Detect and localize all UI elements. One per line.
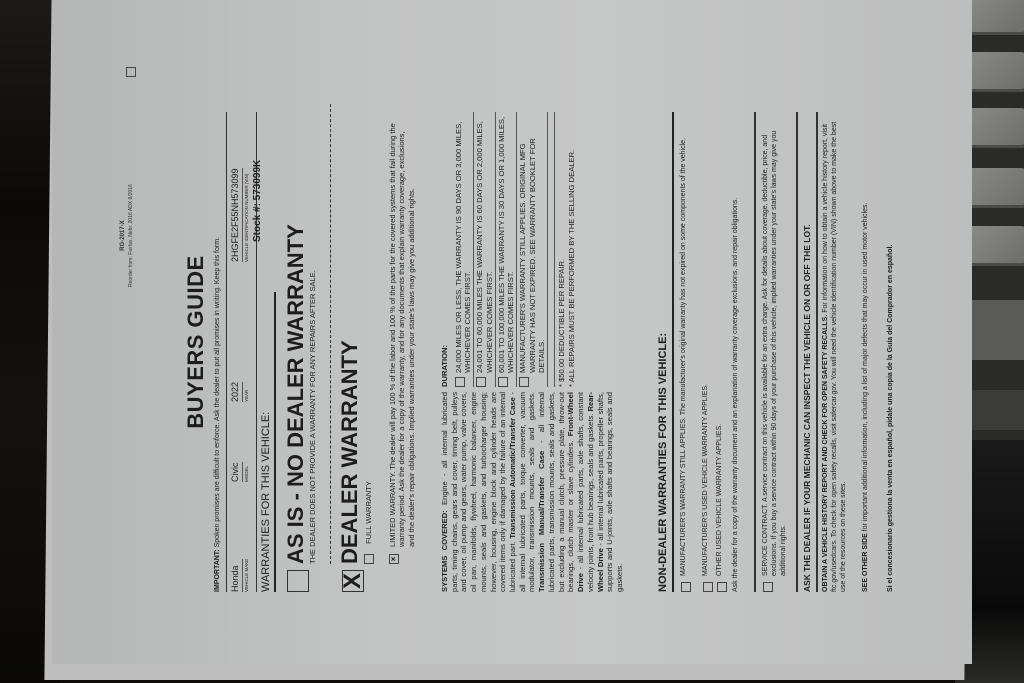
as-is-subtitle: THE DEALER DOES NOT PROVIDE A WARRANTY F… [308,270,317,564]
printer-note: Reorder from: Fairfax, Nebr. 2016 ADX 8/… [128,184,134,287]
dashed-divider [330,104,331,564]
duration-label: DURATION: [440,112,450,387]
buyers-guide-page: RG-2017-X Reorder from: Fairfax, Nebr. 2… [102,62,962,622]
systems-covered-label: SYSTEMS COVERED: [440,510,449,592]
non-dealer-option[interactable]: MANUFACTURER'S USED VEHICLE WARRANTY APP… [702,112,713,592]
stock-number: Stock #: 573099K [252,160,265,242]
warranties-heading: WARRANTIES FOR THIS VEHICLE: [260,412,274,592]
service-contract-option[interactable]: SERVICE CONTRACT. A service contract on … [762,112,788,592]
vehicle-vin: 2HGFE2F55NH573099 VEHICLE IDENTIFICATION… [230,168,250,262]
important-notice: IMPORTANT: Spoken promises are difficult… [214,112,227,592]
keyboard-key [967,108,1024,148]
divider [274,292,276,592]
dealer-warranty-title: DEALER WARRANTY [336,340,364,564]
stock-label: Stock #: [252,203,263,242]
dealer-warranty-checkbox[interactable]: X [342,570,364,592]
repairs-note: * ALL REPAIRS MUST BE PERFORMED BY THE S… [567,112,577,387]
see-text: for important additional information, in… [862,203,869,532]
keyboard-key [967,226,1024,266]
vehicle-model-value: Civic [230,463,240,483]
keyboard-key [967,168,1024,208]
vehicle-year-value: 2022 [230,382,240,402]
ask-copy-text: Ask the dealer for a copy of the warrant… [732,112,741,592]
non-dealer-text: MANUFACTURER'S USED VEHICLE WARRANTY APP… [702,384,713,576]
non-dealer-text: OTHER USED VEHICLE WARRANTY APPLIES. [716,424,727,576]
duration-checkbox[interactable] [476,377,486,387]
keyboard-key [967,52,1024,92]
limited-warranty-option[interactable]: × [389,546,399,564]
limited-warranty-text: LIMITED WARRANTY. The dealer will pay 10… [388,117,416,547]
spanish-notice: Si el concesionario gestiona la venta en… [887,112,896,592]
non-dealer-title: NON-DEALER WARRANTIES FOR THIS VEHICLE: [657,333,671,592]
deductible-note: * $50.00 DEDUCTIBLE PER REPAIR. [554,112,567,387]
keyboard-key [967,0,1024,35]
as-is-title: AS IS - NO DEALER WARRANTY [282,224,310,564]
non-dealer-option[interactable]: MANUFACTURER'S WARRANTY STILL APPLIES. T… [680,112,691,592]
duration-text: 60,001 TO 100,000 MILES THE WARRANTY IS … [497,112,516,373]
as-is-checkbox[interactable] [287,570,309,592]
vehicle-make: Honda VEHICLE MAKE [230,559,250,592]
duration-checkbox[interactable] [498,377,508,387]
systems-covered: SYSTEMS COVERED: Engine - all internal l… [440,392,625,592]
duration-text: 24,000 MILES OR LESS, THE WARRANTY IS 90… [454,112,473,373]
manual-prefix: Transmission [537,543,546,592]
manual-label: Manual/Transfer Case [537,451,546,535]
obtain-label: OBTAIN A VEHICLE HISTORY REPORT AND CHEC… [822,315,829,592]
non-dealer-option[interactable]: OTHER USED VEHICLE WARRANTY APPLIES. [716,112,727,592]
important-label: IMPORTANT: [214,549,221,592]
non-dealer-checkbox[interactable] [681,582,691,592]
x-mark-icon: X [339,573,366,589]
ask-copy: Ask the dealer for a copy of the warrant… [732,198,741,592]
duration-section: DURATION: 24,000 MILES OR LESS, THE WARR… [440,112,577,387]
vehicle-year-label: YEAR [242,382,250,402]
non-dealer-checkbox[interactable] [703,582,713,592]
buyers-guide-sheet: RG-2017-X Reorder from: Fairfax, Nebr. 2… [52,0,972,664]
auto-prefix: Transmission [508,490,517,539]
engine-coverage: Engine - all internal lubricated parts, … [440,392,517,592]
divider [672,112,674,592]
vehicle-make-value: Honda [230,565,240,592]
corner-checkbox [126,67,136,77]
non-dealer-checkbox[interactable] [717,582,727,592]
full-warranty-checkbox[interactable] [364,554,374,564]
non-dealer-text: MANUFACTURER'S WARRANTY STILL APPLIES. T… [680,138,691,576]
vehicle-model: Civic MODEL [230,463,250,483]
divider [816,112,818,592]
duration-text: MANUFACTURER'S WARRANTY STILL APPLIES. O… [518,112,547,373]
vehicle-vin-label: VEHICLE IDENTIFICATION NUMBER (VIN) [242,168,250,262]
service-contract-text: SERVICE CONTRACT. A service contract on … [762,112,788,576]
divider [754,112,756,592]
ask-mechanic: ASK THE DEALER IF YOUR MECHANIC CAN INSP… [802,224,813,592]
see-other-side: SEE OTHER SIDE for important additional … [862,112,871,592]
duration-option[interactable]: 60,001 TO 100,000 MILES THE WARRANTY IS … [497,112,517,387]
service-contract-checkbox[interactable] [763,582,773,592]
important-text: Spoken promises are difficult to enforce… [214,237,221,547]
see-label: SEE OTHER SIDE [862,533,869,592]
full-warranty-option[interactable]: FULL WARRANTY [364,481,374,564]
vehicle-model-label: MODEL [242,463,250,483]
vehicle-make-label: VEHICLE MAKE [242,559,250,592]
form-code-number: RG-2017-X [120,184,128,287]
full-warranty-label: FULL WARRANTY [364,481,373,544]
stock-value: 573099K [252,160,263,201]
vehicle-year: 2022 YEAR [230,382,250,402]
page-title: BUYERS GUIDE [182,197,210,487]
history-report-notice: OBTAIN A VEHICLE HISTORY REPORT AND CHEC… [822,112,848,592]
duration-option[interactable]: MANUFACTURER'S WARRANTY STILL APPLIES. O… [518,112,548,387]
duration-checkbox[interactable] [519,377,529,387]
divider [796,112,798,592]
auto-label: Automatic/Transfer Case [508,397,517,487]
duration-option[interactable]: 24,001 TO 60,000 MILES THE WARRANTY IS 6… [475,112,495,387]
form-code: RG-2017-X Reorder from: Fairfax, Nebr. 2… [120,184,134,287]
fwd-coverage: - all internal lubricated parts, axle sh… [576,392,595,592]
duration-checkbox[interactable] [455,377,465,387]
duration-text: 24,001 TO 60,000 MILES THE WARRANTY IS 6… [475,112,494,373]
limited-warranty-checkbox[interactable]: × [389,554,399,564]
duration-option[interactable]: 24,000 MILES OR LESS, THE WARRANTY IS 90… [454,112,474,387]
vehicle-vin-value: 2HGFE2F55NH573099 [230,168,240,262]
